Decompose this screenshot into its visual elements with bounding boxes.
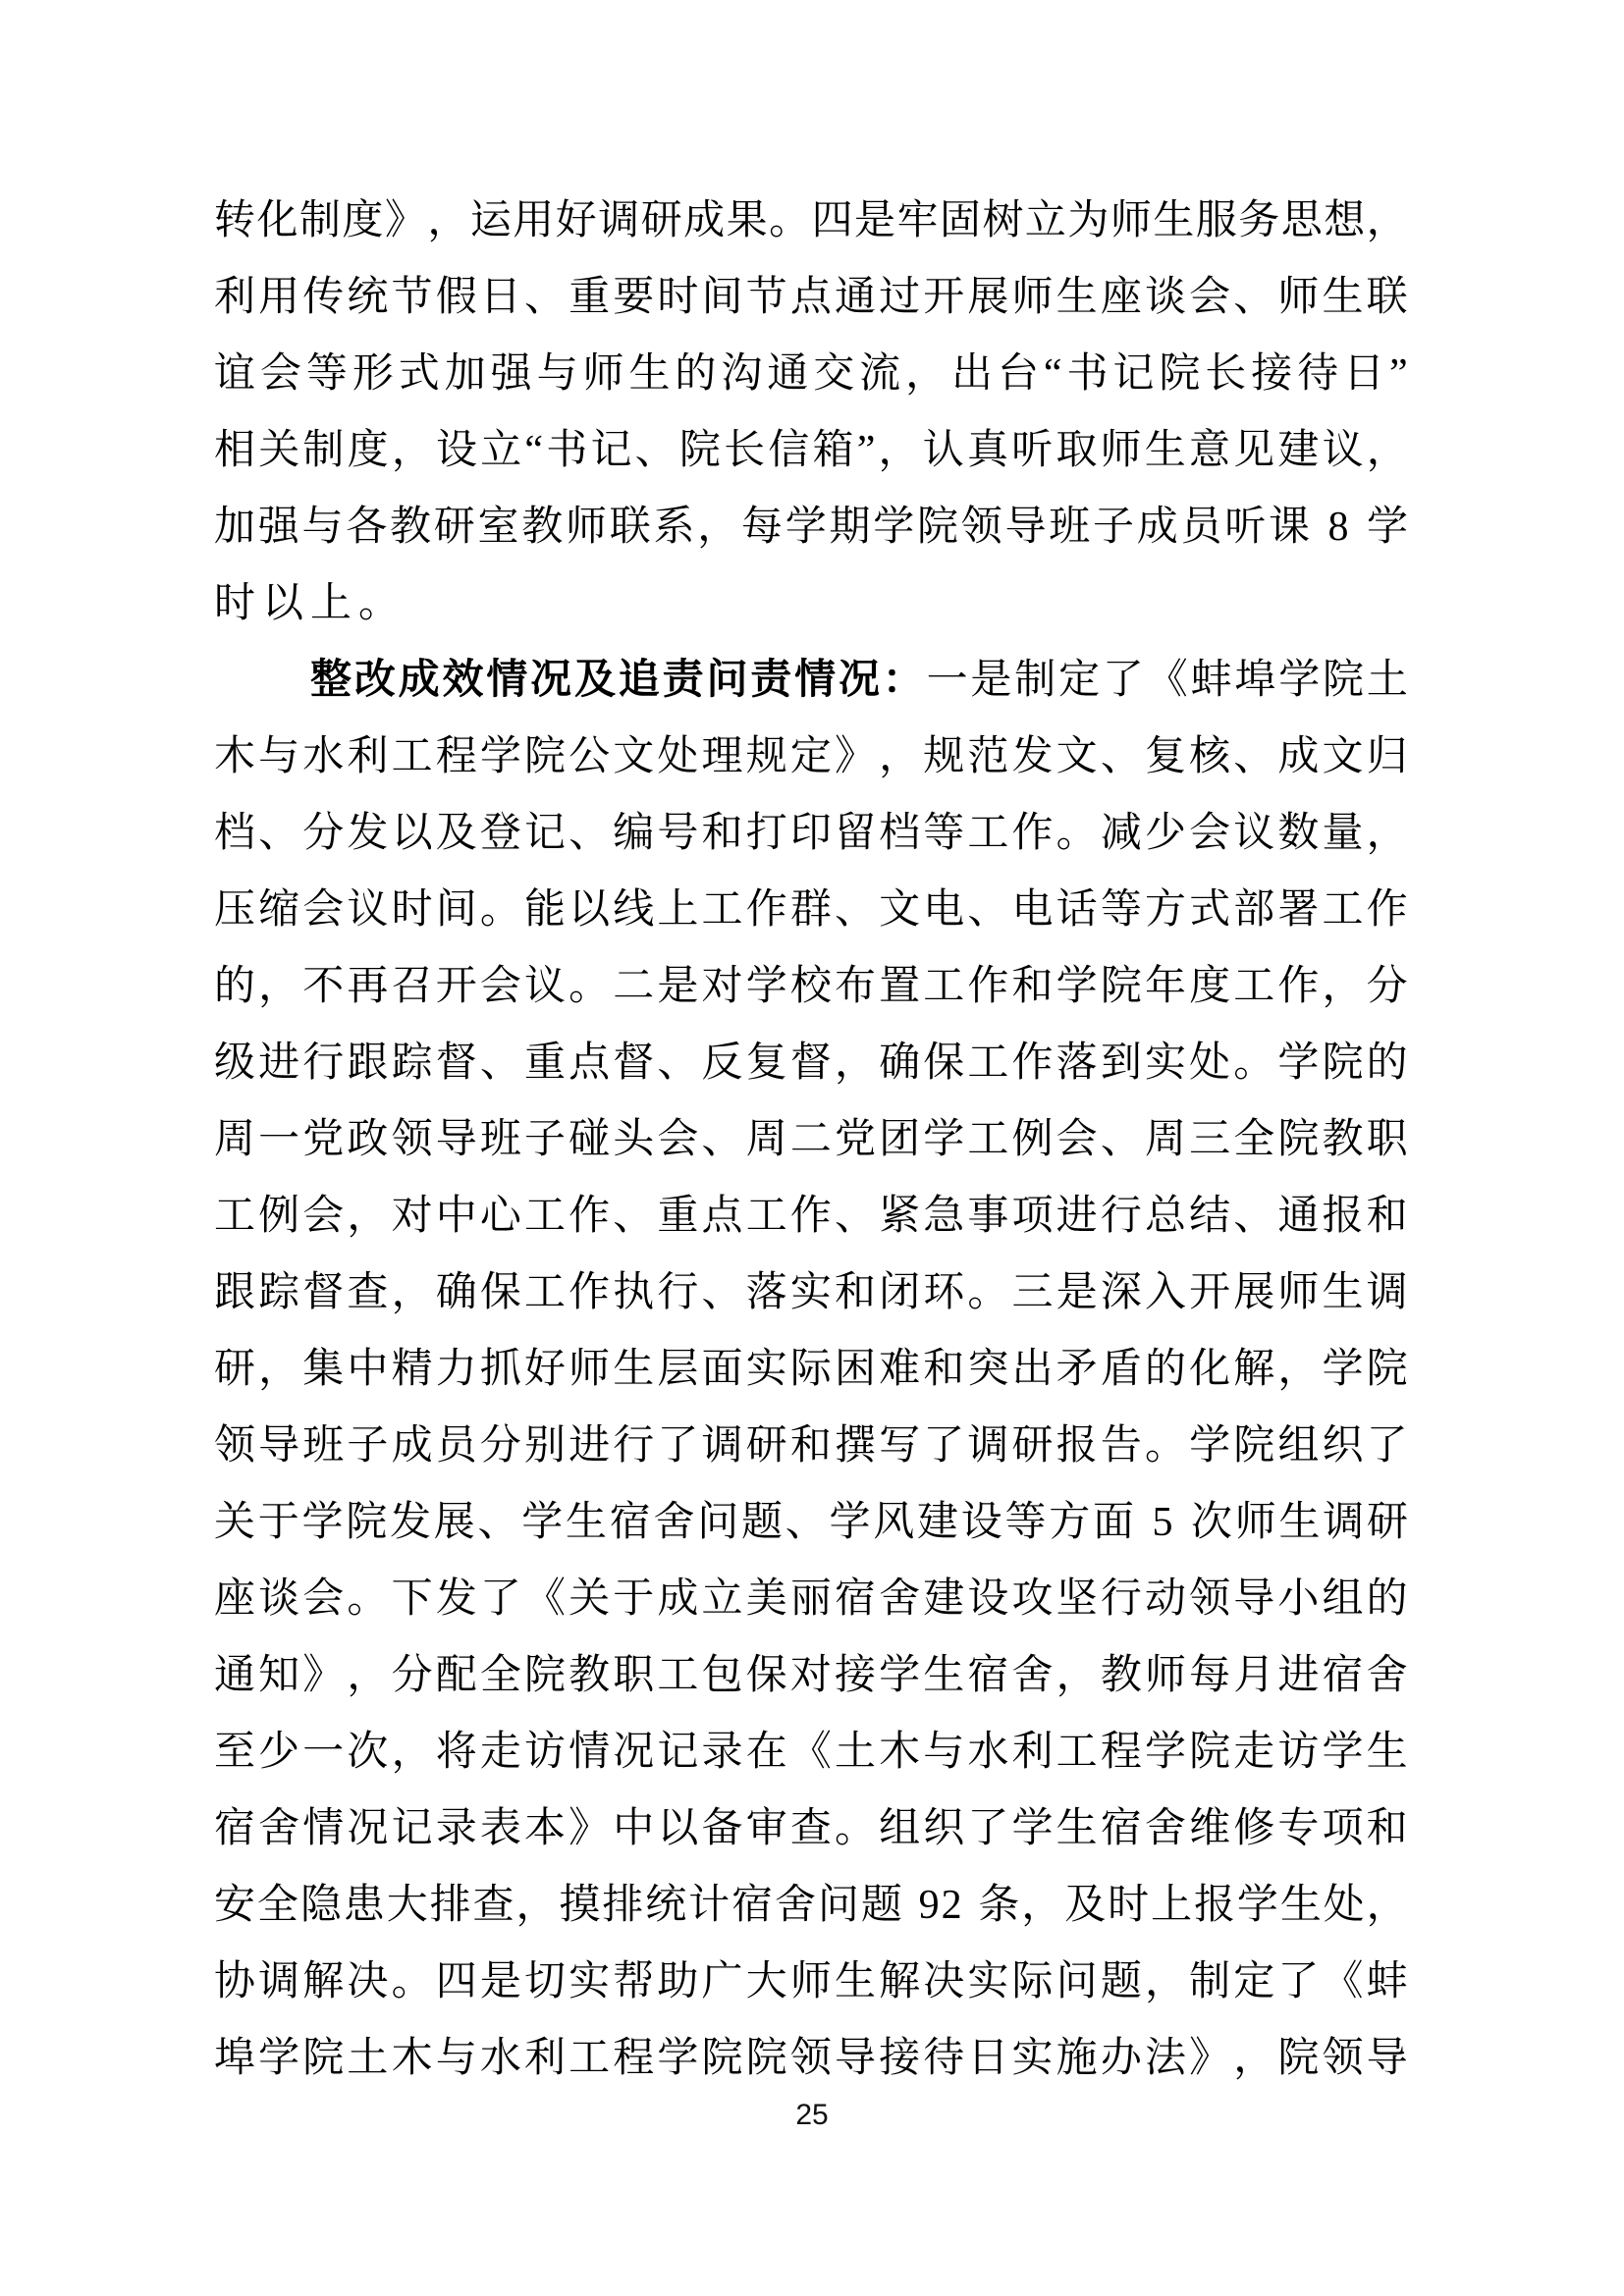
glyph: 点 xyxy=(702,1178,743,1255)
glyph: 宿 xyxy=(967,1637,1008,1714)
glyph: 定 xyxy=(1233,1944,1274,2020)
glyph: ， xyxy=(1323,948,1364,1025)
glyph: 工 xyxy=(1056,1714,1098,1790)
glyph: 保 xyxy=(923,1025,964,1101)
glyph: 项 xyxy=(1012,1178,1054,1255)
glyph: 问 xyxy=(818,1867,859,1944)
glyph: 。 xyxy=(967,1255,1008,1331)
glyph: 大 xyxy=(746,1944,787,2020)
glyph: 接 xyxy=(1251,336,1292,412)
glyph: 展 xyxy=(1233,1255,1274,1331)
glyph: 的 xyxy=(1145,1331,1186,1408)
glyph: 教 xyxy=(568,1637,610,1714)
glyph: 立 xyxy=(702,1561,743,1637)
glyph: 生 xyxy=(613,1331,654,1408)
glyph: 》 xyxy=(568,1790,610,1867)
glyph: 子 xyxy=(1093,489,1134,565)
glyph: 责 xyxy=(663,642,704,719)
glyph: 织 xyxy=(1323,1408,1364,1484)
glyph: 是 xyxy=(1056,1255,1098,1331)
glyph: 宿 xyxy=(1101,1790,1142,1867)
text-line: 协调解决。四是切实帮助广大师生解决实际问题，制定了《蚌 xyxy=(214,1944,1408,2020)
glyph: 信 xyxy=(768,412,809,489)
glyph: 能 xyxy=(524,872,566,948)
glyph: 调 xyxy=(258,1944,299,2020)
glyph: 领 xyxy=(214,1408,255,1484)
glyph: 强 xyxy=(258,489,299,565)
glyph: 力 xyxy=(436,1331,477,1408)
text-line: 埠学院土木与水利工程学院院领导接待日实施办法》，院领导 xyxy=(214,2020,1408,2097)
glyph: 公 xyxy=(568,719,610,795)
glyph: 工 xyxy=(657,1637,698,1714)
glyph: 想 xyxy=(1324,183,1365,259)
glyph: 书 xyxy=(546,412,587,489)
glyph: 进 xyxy=(1056,1178,1098,1255)
glyph: 计 xyxy=(688,1867,730,1944)
glyph: 关 xyxy=(258,412,299,489)
glyph: 生 xyxy=(566,1484,607,1561)
glyph: 日 xyxy=(480,259,521,336)
text-line: 加强与各教研室教师联系，每学期学院领导班子成员听课8学 xyxy=(214,489,1408,565)
glyph: 通 xyxy=(835,259,876,336)
glyph: 。 xyxy=(1233,1025,1274,1101)
glyph: 年 xyxy=(1145,948,1186,1025)
glyph: 学 xyxy=(879,1637,920,1714)
glyph: 中 xyxy=(347,1331,388,1408)
glyph: 师 xyxy=(583,336,624,412)
glyph: 报 xyxy=(1323,1178,1364,1255)
glyph: 度 xyxy=(1189,948,1230,1025)
glyph: ： xyxy=(883,642,924,719)
glyph: 作 xyxy=(1012,1025,1054,1101)
glyph: 情 xyxy=(486,642,527,719)
glyph: 《 xyxy=(1147,642,1188,719)
glyph: 查 xyxy=(473,1867,514,1944)
glyph: 期 xyxy=(830,489,871,565)
glyph: 每 xyxy=(741,489,783,565)
glyph: 《 xyxy=(790,1714,832,1790)
glyph: 、 xyxy=(1233,1178,1274,1255)
glyph: 8 xyxy=(1327,489,1348,565)
glyph: 的 xyxy=(1367,1561,1408,1637)
glyph: 范 xyxy=(967,719,1008,795)
glyph: 一 xyxy=(258,1101,299,1178)
glyph: 作 xyxy=(967,948,1008,1025)
glyph: 研 xyxy=(746,1408,787,1484)
glyph: 教 xyxy=(521,489,563,565)
glyph: 施 xyxy=(1056,2020,1098,2097)
glyph: 全 xyxy=(480,1637,521,1714)
glyph: 木 xyxy=(392,2020,433,2097)
glyph: 利 xyxy=(214,259,255,336)
glyph: 、 xyxy=(613,1178,654,1255)
glyph: 一 xyxy=(927,642,968,719)
glyph: 导 xyxy=(1005,489,1047,565)
glyph: 会 xyxy=(302,872,344,948)
glyph: 周 xyxy=(1145,1101,1186,1178)
glyph: 导 xyxy=(835,2020,876,2097)
glyph: 制 xyxy=(302,412,344,489)
glyph: 。 xyxy=(568,948,610,1025)
glyph: 工 xyxy=(967,795,1008,872)
glyph: 蚌 xyxy=(1191,642,1232,719)
glyph: 与 xyxy=(302,489,344,565)
glyph: 的 xyxy=(1367,1025,1408,1101)
glyph: 调 xyxy=(1367,1255,1408,1331)
glyph: 题 xyxy=(741,1484,783,1561)
glyph: 假 xyxy=(436,259,477,336)
glyph: 成 xyxy=(1137,489,1178,565)
glyph: 分 xyxy=(392,1637,433,1714)
glyph: 少 xyxy=(1145,795,1186,872)
glyph: 会 xyxy=(302,1178,344,1255)
glyph: 导 xyxy=(436,1101,477,1178)
text-line: 座谈会。下发了《关于成立美丽宿舍建设攻坚行动领导小组的 xyxy=(214,1561,1408,1637)
glyph: 通 xyxy=(1277,1178,1319,1255)
glyph: 解 xyxy=(302,1944,344,2020)
glyph: ， xyxy=(258,1331,299,1408)
glyph: 座 xyxy=(1101,259,1142,336)
glyph: 工 xyxy=(1233,948,1274,1025)
glyph: “ xyxy=(524,412,543,489)
glyph: 成 xyxy=(392,1408,433,1484)
glyph: 录 xyxy=(702,1714,743,1790)
glyph: 进 xyxy=(568,1408,610,1484)
glyph: 设 xyxy=(436,412,477,489)
glyph: 式 xyxy=(399,336,440,412)
glyph: 研 xyxy=(641,183,682,259)
glyph: 量 xyxy=(1323,795,1364,872)
glyph: 处 xyxy=(1324,1867,1365,1944)
glyph: 切 xyxy=(524,1944,566,2020)
glyph: 党 xyxy=(302,1101,344,1178)
glyph: 行 xyxy=(1101,1561,1142,1637)
glyph: 四 xyxy=(436,1944,477,2020)
glyph: 立 xyxy=(480,412,521,489)
glyph: 至 xyxy=(214,1714,255,1790)
glyph: 作 xyxy=(790,1178,832,1255)
glyph: 建 xyxy=(923,1561,964,1637)
glyph: 二 xyxy=(790,1101,832,1178)
glyph: 立 xyxy=(1025,183,1066,259)
glyph: 对 xyxy=(392,1178,433,1255)
page-footer: 25 xyxy=(0,2099,1624,2132)
document-body: 转化制度》，运用好调研成果。四是牢固树立为师生服务思想，利用传统节假日、重要时间… xyxy=(214,183,1408,2097)
glyph: ” xyxy=(857,412,876,489)
glyph: 学 xyxy=(302,1484,344,1561)
glyph: 的 xyxy=(675,336,716,412)
glyph: 撰 xyxy=(835,1408,876,1484)
glyph: 》 xyxy=(835,719,876,795)
glyph: 舍 xyxy=(1367,1637,1408,1714)
glyph: 号 xyxy=(657,795,698,872)
glyph: 院 xyxy=(1233,1408,1274,1484)
glyph: 制 xyxy=(1189,1944,1230,2020)
glyph: 学 xyxy=(1237,1867,1278,1944)
glyph: 生 xyxy=(835,1944,876,2020)
glyph: 、 xyxy=(835,872,876,948)
glyph: 关 xyxy=(214,1484,255,1561)
glyph: 舍 xyxy=(1145,1790,1186,1867)
glyph: 学 xyxy=(746,948,787,1025)
glyph: 上 xyxy=(657,872,698,948)
glyph: 写 xyxy=(879,1408,920,1484)
glyph: 专 xyxy=(1277,1790,1319,1867)
glyph: 记 xyxy=(524,795,566,872)
glyph: 发 xyxy=(1012,719,1054,795)
glyph: 中 xyxy=(436,1178,477,1255)
glyph: 方 xyxy=(1049,1484,1090,1561)
glyph: 《 xyxy=(1323,1944,1364,2020)
glyph: 了 xyxy=(1367,1408,1408,1484)
glyph: 木 xyxy=(214,719,255,795)
glyph: 。 xyxy=(347,1561,388,1637)
glyph: 宿 xyxy=(835,1561,876,1637)
glyph: 以 xyxy=(262,565,303,642)
glyph: 以 xyxy=(392,795,433,872)
glyph: 。 xyxy=(1056,795,1098,872)
glyph: ， xyxy=(392,1714,433,1790)
glyph: 程 xyxy=(613,2020,654,2097)
glyph: 班 xyxy=(480,1101,521,1178)
glyph: 事 xyxy=(967,1178,1008,1255)
glyph: 宿 xyxy=(1323,1637,1364,1714)
glyph: 改 xyxy=(354,642,396,719)
glyph: 学 xyxy=(258,2020,299,2097)
text-line: 木与水利工程学院公文处理规定》，规范发文、复核、成文归 xyxy=(214,719,1408,795)
glyph: 行 xyxy=(613,1408,654,1484)
glyph: 周 xyxy=(214,1101,255,1178)
glyph: 周 xyxy=(746,1101,787,1178)
glyph: 责 xyxy=(750,642,791,719)
glyph: 师 xyxy=(1012,259,1054,336)
glyph: ， xyxy=(905,336,947,412)
glyph: 是 xyxy=(854,183,895,259)
glyph: 上 xyxy=(1151,1867,1192,1944)
glyph: 、 xyxy=(635,412,677,489)
glyph: 利 xyxy=(1012,1714,1054,1790)
glyph: 群 xyxy=(790,872,832,948)
glyph: 2 xyxy=(942,1867,962,1944)
glyph: 水 xyxy=(480,2020,521,2097)
glyph: 箱 xyxy=(812,412,853,489)
glyph: 。 xyxy=(480,872,521,948)
glyph: 领 xyxy=(790,2020,832,2097)
glyph: 下 xyxy=(392,1561,433,1637)
glyph: ， xyxy=(879,412,920,489)
glyph: ， xyxy=(515,1867,557,1944)
glyph: 学 xyxy=(873,489,914,565)
glyph: 节 xyxy=(746,259,787,336)
glyph: 隐 xyxy=(300,1867,342,1944)
glyph: 师 xyxy=(1277,259,1319,336)
glyph: 。 xyxy=(392,1944,433,2020)
glyph: 树 xyxy=(982,183,1023,259)
glyph: 接 xyxy=(879,2020,920,2097)
glyph: 安 xyxy=(214,1867,255,1944)
glyph: 学 xyxy=(923,1101,964,1178)
glyph: 开 xyxy=(923,259,964,336)
glyph: 工 xyxy=(524,1178,566,1255)
glyph: 和 xyxy=(790,1408,832,1484)
glyph: 际 xyxy=(790,1331,832,1408)
glyph: 美 xyxy=(746,1561,787,1637)
glyph: 保 xyxy=(746,1637,787,1714)
glyph: 复 xyxy=(746,1025,787,1101)
glyph: 务 xyxy=(1238,183,1279,259)
glyph: 与 xyxy=(537,336,578,412)
glyph: 的 xyxy=(214,948,255,1025)
glyph: 与 xyxy=(436,2020,477,2097)
glyph: 工 xyxy=(967,1101,1008,1178)
glyph: 以 xyxy=(568,872,610,948)
glyph: 成 xyxy=(657,1561,698,1637)
glyph: 沟 xyxy=(721,336,762,412)
glyph: 项 xyxy=(1323,1790,1364,1867)
glyph: 用 xyxy=(513,183,554,259)
glyph: 是 xyxy=(970,642,1011,719)
glyph: ， xyxy=(1233,2020,1274,2097)
glyph: 和 xyxy=(1367,1178,1408,1255)
glyph: 点 xyxy=(790,259,832,336)
glyph: 校 xyxy=(790,948,832,1025)
glyph: 问 xyxy=(1056,1944,1098,2020)
glyph: 设 xyxy=(961,1484,1002,1561)
glyph: 、 xyxy=(1101,1101,1142,1178)
glyph: 书 xyxy=(1066,336,1108,412)
glyph: 风 xyxy=(873,1484,914,1561)
glyph: 学 xyxy=(657,2020,698,2097)
glyph: 研 xyxy=(214,1331,255,1408)
glyph: 师 xyxy=(1277,1255,1319,1331)
glyph: 问 xyxy=(697,1484,738,1561)
glyph: 织 xyxy=(923,1790,964,1867)
glyph: 环 xyxy=(923,1255,964,1331)
glyph: 文 xyxy=(613,719,654,795)
glyph: 流 xyxy=(859,336,900,412)
glyph: 知 xyxy=(258,1637,299,1714)
glyph: 领 xyxy=(1189,1561,1230,1637)
glyph: 待 xyxy=(923,2020,964,2097)
glyph: 及 xyxy=(1064,1867,1106,1944)
glyph: 领 xyxy=(1323,2020,1364,2097)
glyph: 排 xyxy=(430,1867,471,1944)
glyph: 维 xyxy=(1189,1790,1230,1867)
glyph: 会 xyxy=(1189,259,1230,336)
glyph: 度 xyxy=(348,412,389,489)
glyph: 通 xyxy=(767,336,808,412)
glyph: 水 xyxy=(967,1714,1008,1790)
text-line: 相关制度，设立“书记、院长信箱”，认真听取师生意见建议， xyxy=(214,412,1408,489)
glyph: ， xyxy=(1367,795,1408,872)
glyph: 确 xyxy=(879,1025,920,1101)
glyph: 出 xyxy=(951,336,993,412)
glyph: 召 xyxy=(392,948,433,1025)
glyph: 了 xyxy=(923,1408,964,1484)
glyph: 重 xyxy=(657,1178,698,1255)
glyph: 学 xyxy=(1145,1714,1186,1790)
glyph: 交 xyxy=(813,336,854,412)
glyph: 布 xyxy=(835,948,876,1025)
glyph: 学 xyxy=(1056,948,1098,1025)
glyph: 访 xyxy=(524,1714,566,1790)
glyph: 室 xyxy=(478,489,519,565)
glyph: 报 xyxy=(1056,1408,1098,1484)
glyph: 、 xyxy=(1233,719,1274,795)
document-page: 转化制度》，运用好调研成果。四是牢固树立为师生服务思想，利用传统节假日、重要时间… xyxy=(0,0,1624,2296)
glyph: 规 xyxy=(746,719,787,795)
glyph: 头 xyxy=(613,1101,654,1178)
glyph: 传 xyxy=(302,259,344,336)
glyph: ， xyxy=(697,489,738,565)
glyph: 归 xyxy=(1367,719,1408,795)
glyph: 院 xyxy=(524,1637,566,1714)
glyph: 利 xyxy=(524,2020,566,2097)
glyph: 全 xyxy=(257,1867,298,1944)
glyph: 导 xyxy=(1233,1561,1274,1637)
glyph: 生 xyxy=(1323,259,1364,336)
glyph: 和 xyxy=(702,795,743,872)
glyph: 课 xyxy=(1269,489,1310,565)
glyph: 办 xyxy=(1101,2020,1142,2097)
glyph: 实 xyxy=(1012,2020,1054,2097)
glyph: 会 xyxy=(1189,795,1230,872)
glyph: 教 xyxy=(390,489,431,565)
glyph: 实 xyxy=(1145,1025,1186,1101)
glyph: 与 xyxy=(258,719,299,795)
glyph: 了 xyxy=(480,1561,521,1637)
glyph: 舍 xyxy=(258,1790,299,1867)
glyph: 舍 xyxy=(879,1561,920,1637)
glyph: 研 xyxy=(434,489,475,565)
glyph: 好 xyxy=(524,1331,566,1408)
glyph: 和 xyxy=(923,1331,964,1408)
glyph: 、 xyxy=(524,259,566,336)
text-line: 时以上。 xyxy=(214,565,1408,642)
glyph: 导 xyxy=(1367,2020,1408,2097)
glyph: 反 xyxy=(702,1025,743,1101)
glyph: ” xyxy=(1389,336,1408,412)
glyph: 决 xyxy=(347,1944,388,2020)
text-line: 的，不再召开会议。二是对学校布置工作和学院年度工作，分 xyxy=(214,948,1408,1025)
glyph: 重 xyxy=(524,1025,566,1101)
glyph: 作 xyxy=(1367,872,1408,948)
glyph: 、 xyxy=(702,1255,743,1331)
glyph: 工 xyxy=(702,872,743,948)
glyph: 急 xyxy=(923,1178,964,1255)
glyph: 解 xyxy=(1233,1331,1274,1408)
glyph: 行 xyxy=(657,1255,698,1331)
glyph: 班 xyxy=(1049,489,1090,565)
glyph: 告 xyxy=(1101,1408,1142,1484)
glyph: 宿 xyxy=(731,1867,773,1944)
glyph: 院 xyxy=(1101,948,1142,1025)
glyph: 。 xyxy=(769,183,810,259)
glyph: 生 xyxy=(1056,259,1098,336)
glyph: 矛 xyxy=(1056,1331,1098,1408)
glyph: ， xyxy=(347,1637,388,1714)
glyph: 时 xyxy=(657,259,698,336)
glyph: ， xyxy=(1021,1867,1062,1944)
glyph: 院 xyxy=(746,2020,787,2097)
glyph: 真 xyxy=(967,412,1008,489)
glyph: 、 xyxy=(785,1484,827,1561)
glyph: 生 xyxy=(628,336,670,412)
glyph: 员 xyxy=(436,1408,477,1484)
glyph: ， xyxy=(258,948,299,1025)
text-line: 安全隐患大排查，摸排统计宿舍问题92条，及时上报学生处， xyxy=(214,1867,1408,1944)
glyph: 调 xyxy=(1323,1484,1364,1561)
